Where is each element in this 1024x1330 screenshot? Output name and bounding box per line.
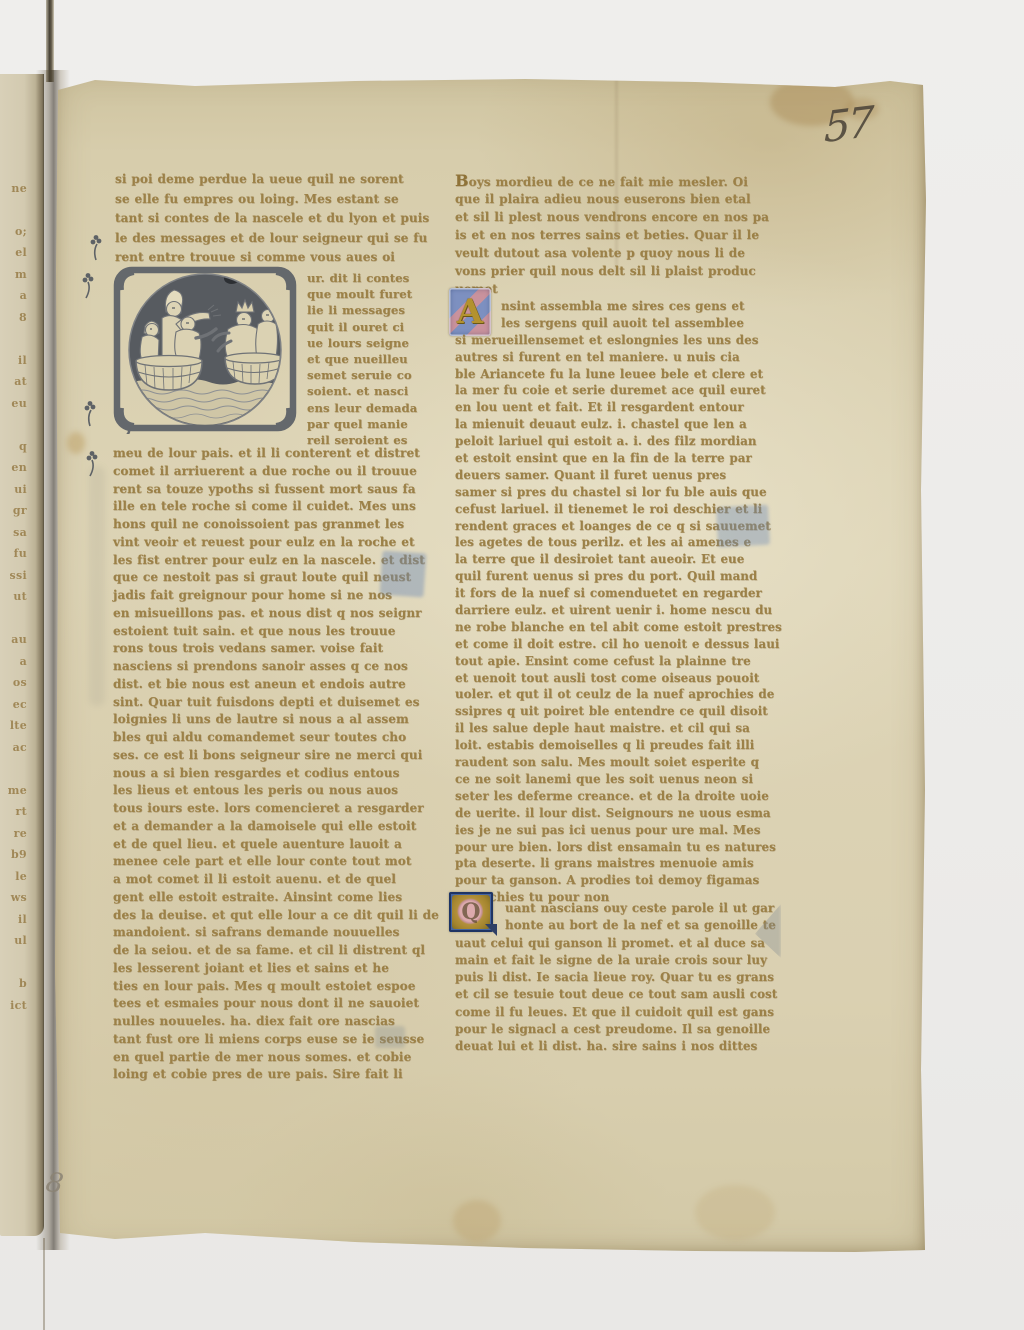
text-line: et que nueilleu (307, 351, 439, 367)
text-line: en lou uent et fait. Et il resgardent en… (455, 399, 779, 416)
text-fragment: ui (0, 479, 27, 501)
text-fragment: eu (0, 393, 27, 415)
text-fragment: os (0, 672, 27, 694)
text-line: quil furent uenus si pres du port. Quil … (455, 568, 779, 585)
text-line: semet seruie co (307, 367, 439, 383)
text-fragment: fu (0, 543, 27, 565)
text-line: vint veoir et reuest pour eulz en la roc… (113, 534, 443, 552)
left-column-beside-miniature: ur. dit li contesque moult furetlie li m… (307, 270, 439, 448)
text-fragment: ws (0, 887, 27, 909)
left-column-main-lines: meu de lour pais. et il li conterent et … (113, 445, 443, 1084)
text-line: tout apie. Ensint come cefust la plainne… (455, 653, 779, 670)
text-line: les sergens quil auoit tel assemblee (501, 315, 779, 332)
text-line: dist. et bie nous est aneun et endois au… (113, 676, 443, 694)
text-line: la mienuit deuaut eulz. i. chastel que l… (455, 416, 779, 433)
stain (89, 466, 105, 706)
text-line: nsint assembla me sires ces gens et (501, 298, 779, 315)
text-line: bles qui aldu comandemet seur toutes cho (113, 729, 443, 747)
text-line: ur. dit li contes (307, 270, 439, 286)
text-line: deuers samer. Quant il furet uenus pres (455, 467, 779, 484)
text-line: tees et esmaies pour nous dont il ne sau… (113, 995, 443, 1013)
text-fragment: il (0, 350, 27, 372)
text-line: loing et cobie pres de ure pais. Sire fa… (113, 1066, 443, 1084)
text-line: is et en nos terres sains et beties. Qua… (455, 226, 777, 244)
text-line: a mot comet il li estoit auenu. et de qu… (113, 871, 443, 889)
blue-pigment-smudge (716, 505, 770, 548)
text-fragment: b9 (0, 844, 27, 866)
text-fragment (0, 414, 27, 436)
text-fragment: ul (0, 930, 27, 952)
text-fragment: q (0, 436, 27, 458)
text-fragment (0, 328, 27, 350)
text-line: uant nascians ouy ceste parole il ut gar (505, 900, 779, 917)
stain (453, 1200, 501, 1242)
blue-pigment-smudge (380, 551, 427, 598)
text-line: darriere eulz. et uirent uenir i. home n… (455, 602, 779, 619)
text-fragment: 8 (0, 307, 27, 329)
text-line: que il plaira adieu nous euserons bien e… (455, 190, 777, 208)
miniature-illustration (112, 266, 298, 434)
text-line: samer si pres du chastel si lor fu ble a… (455, 484, 779, 501)
text-fragment: me (0, 780, 27, 802)
text-line: et come il doit estre. cil ho uenoit e d… (455, 636, 779, 653)
text-line: uoler. et qut il ot ceulz de la nuef apr… (455, 686, 779, 703)
text-fragment: b (0, 973, 27, 995)
text-fragment: a (0, 651, 27, 673)
ivy-sprig-icon (81, 400, 99, 428)
text-fragment: re (0, 823, 27, 845)
grisaille-miniature-two-boats (112, 266, 298, 434)
text-line: raudent son salu. Mes moult soiet esperi… (455, 754, 779, 771)
text-line: les lieus et entous les peris ou nous au… (113, 782, 443, 800)
text-line: seter les deferme creance. et de la droi… (455, 788, 779, 805)
text-fragment: m (0, 264, 27, 286)
text-line: Boys mordieu de ce ne fait mie mesler. O… (455, 172, 777, 190)
text-line: ille en tele roche si come il cuidet. Me… (113, 498, 443, 516)
text-line: come il fu leues. Et que il cuidoit quil… (455, 1004, 779, 1021)
text-line: si poi deme perdue la ueue quil ne soren… (115, 170, 437, 190)
text-line: puis li dist. Ie sacia lieue roy. Quar t… (455, 969, 779, 986)
text-line: que moult furet (307, 286, 439, 302)
text-fragment: ne (0, 178, 27, 200)
text-fragment: lte (0, 715, 27, 737)
folio-number-ink: 57 (824, 101, 872, 149)
text-line: mandoient. si safrans demande nouuelles (113, 924, 443, 942)
text-fragment (0, 952, 27, 974)
text-fragment (0, 608, 27, 630)
text-fragment: ict (0, 995, 27, 1017)
text-fragment: sa (0, 522, 27, 544)
text-fragment: ssi (0, 565, 27, 587)
photo-background: neo;elma8ilateuqenuigrsafussiutauaoseclt… (0, 0, 1024, 1330)
text-line: si merueillensemet et eslongnies les uns… (455, 332, 779, 349)
text-fragment: en (0, 457, 27, 479)
gray-smudge (375, 1026, 405, 1048)
text-line: it fors de la nuef si comenduetet en reg… (455, 585, 779, 602)
ivy-sprig-icon (83, 450, 101, 478)
text-line: rent sa touze ypoths si fussent mort sau… (113, 481, 443, 499)
text-line: estoient tuit sain. et que nous les trou… (113, 623, 443, 641)
text-line: autres si furent en tel maniere. u nuis … (455, 349, 779, 366)
text-line: de uerite. il lour dist. Seignours ne uo… (455, 805, 779, 822)
right-column-top-lines: Boys mordieu de ce ne fait mie mesler. O… (455, 172, 777, 298)
text-line: ne robe blanche en tel abit come estoit … (455, 619, 779, 636)
text-line: peloit lariuel qui estoit a. i. des filz… (455, 433, 779, 450)
text-line: se elle fu empres ou loing. Mes estant s… (115, 190, 437, 210)
left-column-top-lines: si poi deme perdue la ueue quil ne soren… (115, 170, 437, 268)
stain (695, 1185, 775, 1240)
text-fragment: el (0, 242, 27, 264)
text-line: deuat lui et li dist. ha. sire sains i n… (455, 1038, 779, 1055)
text-fragment: gr (0, 500, 27, 522)
text-line: et uenoit tout ausli tost come oiseaus p… (455, 670, 779, 687)
text-line: pta deserte. li grans maistres menuoie a… (455, 855, 779, 872)
text-line: rons tous trois vedans samer. voise fait (113, 640, 443, 658)
text-line: par quel manie (307, 416, 439, 432)
text-fragment (0, 199, 27, 221)
text-line: meu de lour pais. et il li conterent et … (113, 445, 443, 463)
text-line: tous iours este. lors comencieret a resg… (113, 800, 443, 818)
ivy-sprig-icon (87, 234, 105, 262)
text-line: veult dutout asa volente p quoy nous li … (455, 244, 777, 262)
text-fragment: ac (0, 737, 27, 759)
text-line: ties en lour pais. Mes q moult estoiet e… (113, 978, 443, 996)
text-fragment: au (0, 629, 27, 651)
text-line: sint. Quar tuit fuisdons depti et duisem… (113, 694, 443, 712)
text-line: les lesserent joiant et lies et sains et… (113, 960, 443, 978)
text-line: nasciens si prendons sanoir asses q ce n… (113, 658, 443, 676)
text-line: loit. estabis demoiselles q li preudes f… (455, 737, 779, 754)
text-line: menee cele part et elle lour conte tout … (113, 853, 443, 871)
text-line: tant si contes de la nascele et du lyon … (115, 209, 437, 229)
text-line: et estoit ensint que en la fin de la ter… (455, 450, 779, 467)
text-fragment (0, 156, 27, 178)
text-line: uemet (455, 280, 777, 298)
text-fragment: le (0, 866, 27, 888)
text-line: pour ure bien. lors dist ensamain tu es … (455, 839, 779, 856)
text-line: pour le signacl a cest preudome. Il sa g… (455, 1021, 779, 1038)
text-line: honte au bort de la nef et sa genoille t… (505, 917, 779, 934)
text-line: ue lours seigne (307, 335, 439, 351)
text-line: gent elle estoit estraite. Ainsint come … (113, 889, 443, 907)
text-line: ses. ce est li bons seigneur sire ne mer… (113, 747, 443, 765)
text-line: ble Ariancete fu la lune leuee bele et c… (455, 366, 779, 383)
text-line: des la deuise. et qut elle lour a ce dit… (113, 907, 443, 925)
text-fragment: a (0, 285, 27, 307)
text-line: en misueillons pas. et nous dist q nos s… (113, 605, 443, 623)
text-line: comet il arriuerent a due roche ou il tr… (113, 463, 443, 481)
ivy-sprig-icon (79, 272, 97, 300)
text-line: et a demander a la damoisele qui elle es… (113, 818, 443, 836)
text-line: la terre que il desiroiet tant aueoir. E… (455, 551, 779, 568)
text-line: nous a si bien resgardes et codius entou… (113, 765, 443, 783)
text-line: pour ta ganson. A prodies toi demoy figa… (455, 872, 779, 889)
text-line: loignies li uns de lautre si nous a al a… (113, 711, 443, 729)
text-line: uaut celui qui ganson li promet. et al d… (455, 935, 779, 952)
manuscript-page: 57 si poi deme perdue la ueue quil ne so… (55, 70, 927, 1255)
text-fragment: ut (0, 586, 27, 608)
text-fragment (0, 758, 27, 780)
text-fragment: ec (0, 694, 27, 716)
text-line: en quel partie de mer nous somes. et cob… (113, 1049, 443, 1067)
text-line: de la seiou. et de sa fame. et cil li di… (113, 942, 443, 960)
text-line: lie li messages (307, 302, 439, 318)
text-line: ce ne soit lanemi que les soit uenus neo… (455, 771, 779, 788)
text-line: quit il ouret ci (307, 319, 439, 335)
under-pages-edge (43, 1238, 45, 1330)
right-column-paragraph-q: uant nascians ouy ceste parole il ut gar… (455, 900, 779, 1056)
text-line: ies je ne sui pas ici uenus pour ure mal… (455, 822, 779, 839)
text-line: et de quel lieu. et quele auenture lauoi… (113, 836, 443, 854)
right-column-paragraph-a: nsint assembla me sires ces gens etles s… (455, 298, 779, 906)
text-line: il les salue deple haut maistre. et cil … (455, 720, 779, 737)
text-line: la mer fu coie et serie duremet ace quil… (455, 382, 779, 399)
text-line: main et fait le signe de la uraie crois … (455, 952, 779, 969)
text-fragment: il (0, 909, 27, 931)
text-line: hons quil ne conoissoient pas granmet le… (113, 516, 443, 534)
text-line: soient. et nasci (307, 383, 439, 399)
previous-folio-text-fragments: neo;elma8ilateuqenuigrsafussiutauaoseclt… (0, 156, 27, 1186)
text-fragment: at (0, 371, 27, 393)
text-fragment: o; (0, 221, 27, 243)
text-line: et cil se tesuie tout deue ce tout sam a… (455, 986, 779, 1003)
text-fragment: rt (0, 801, 27, 823)
text-line: ens leur demada (307, 400, 439, 416)
text-line: vons prier quil nous delt sil li plaist … (455, 262, 777, 280)
text-line: ssipres q uit poiret ble entendre ce qui… (455, 703, 779, 720)
text-line: et sil li plest nous vendrons encore en … (455, 208, 777, 226)
text-line: le des messages et de lour seigneur qui … (115, 229, 437, 249)
text-line: rent entre trouue si comme vous aues oi (115, 248, 437, 268)
